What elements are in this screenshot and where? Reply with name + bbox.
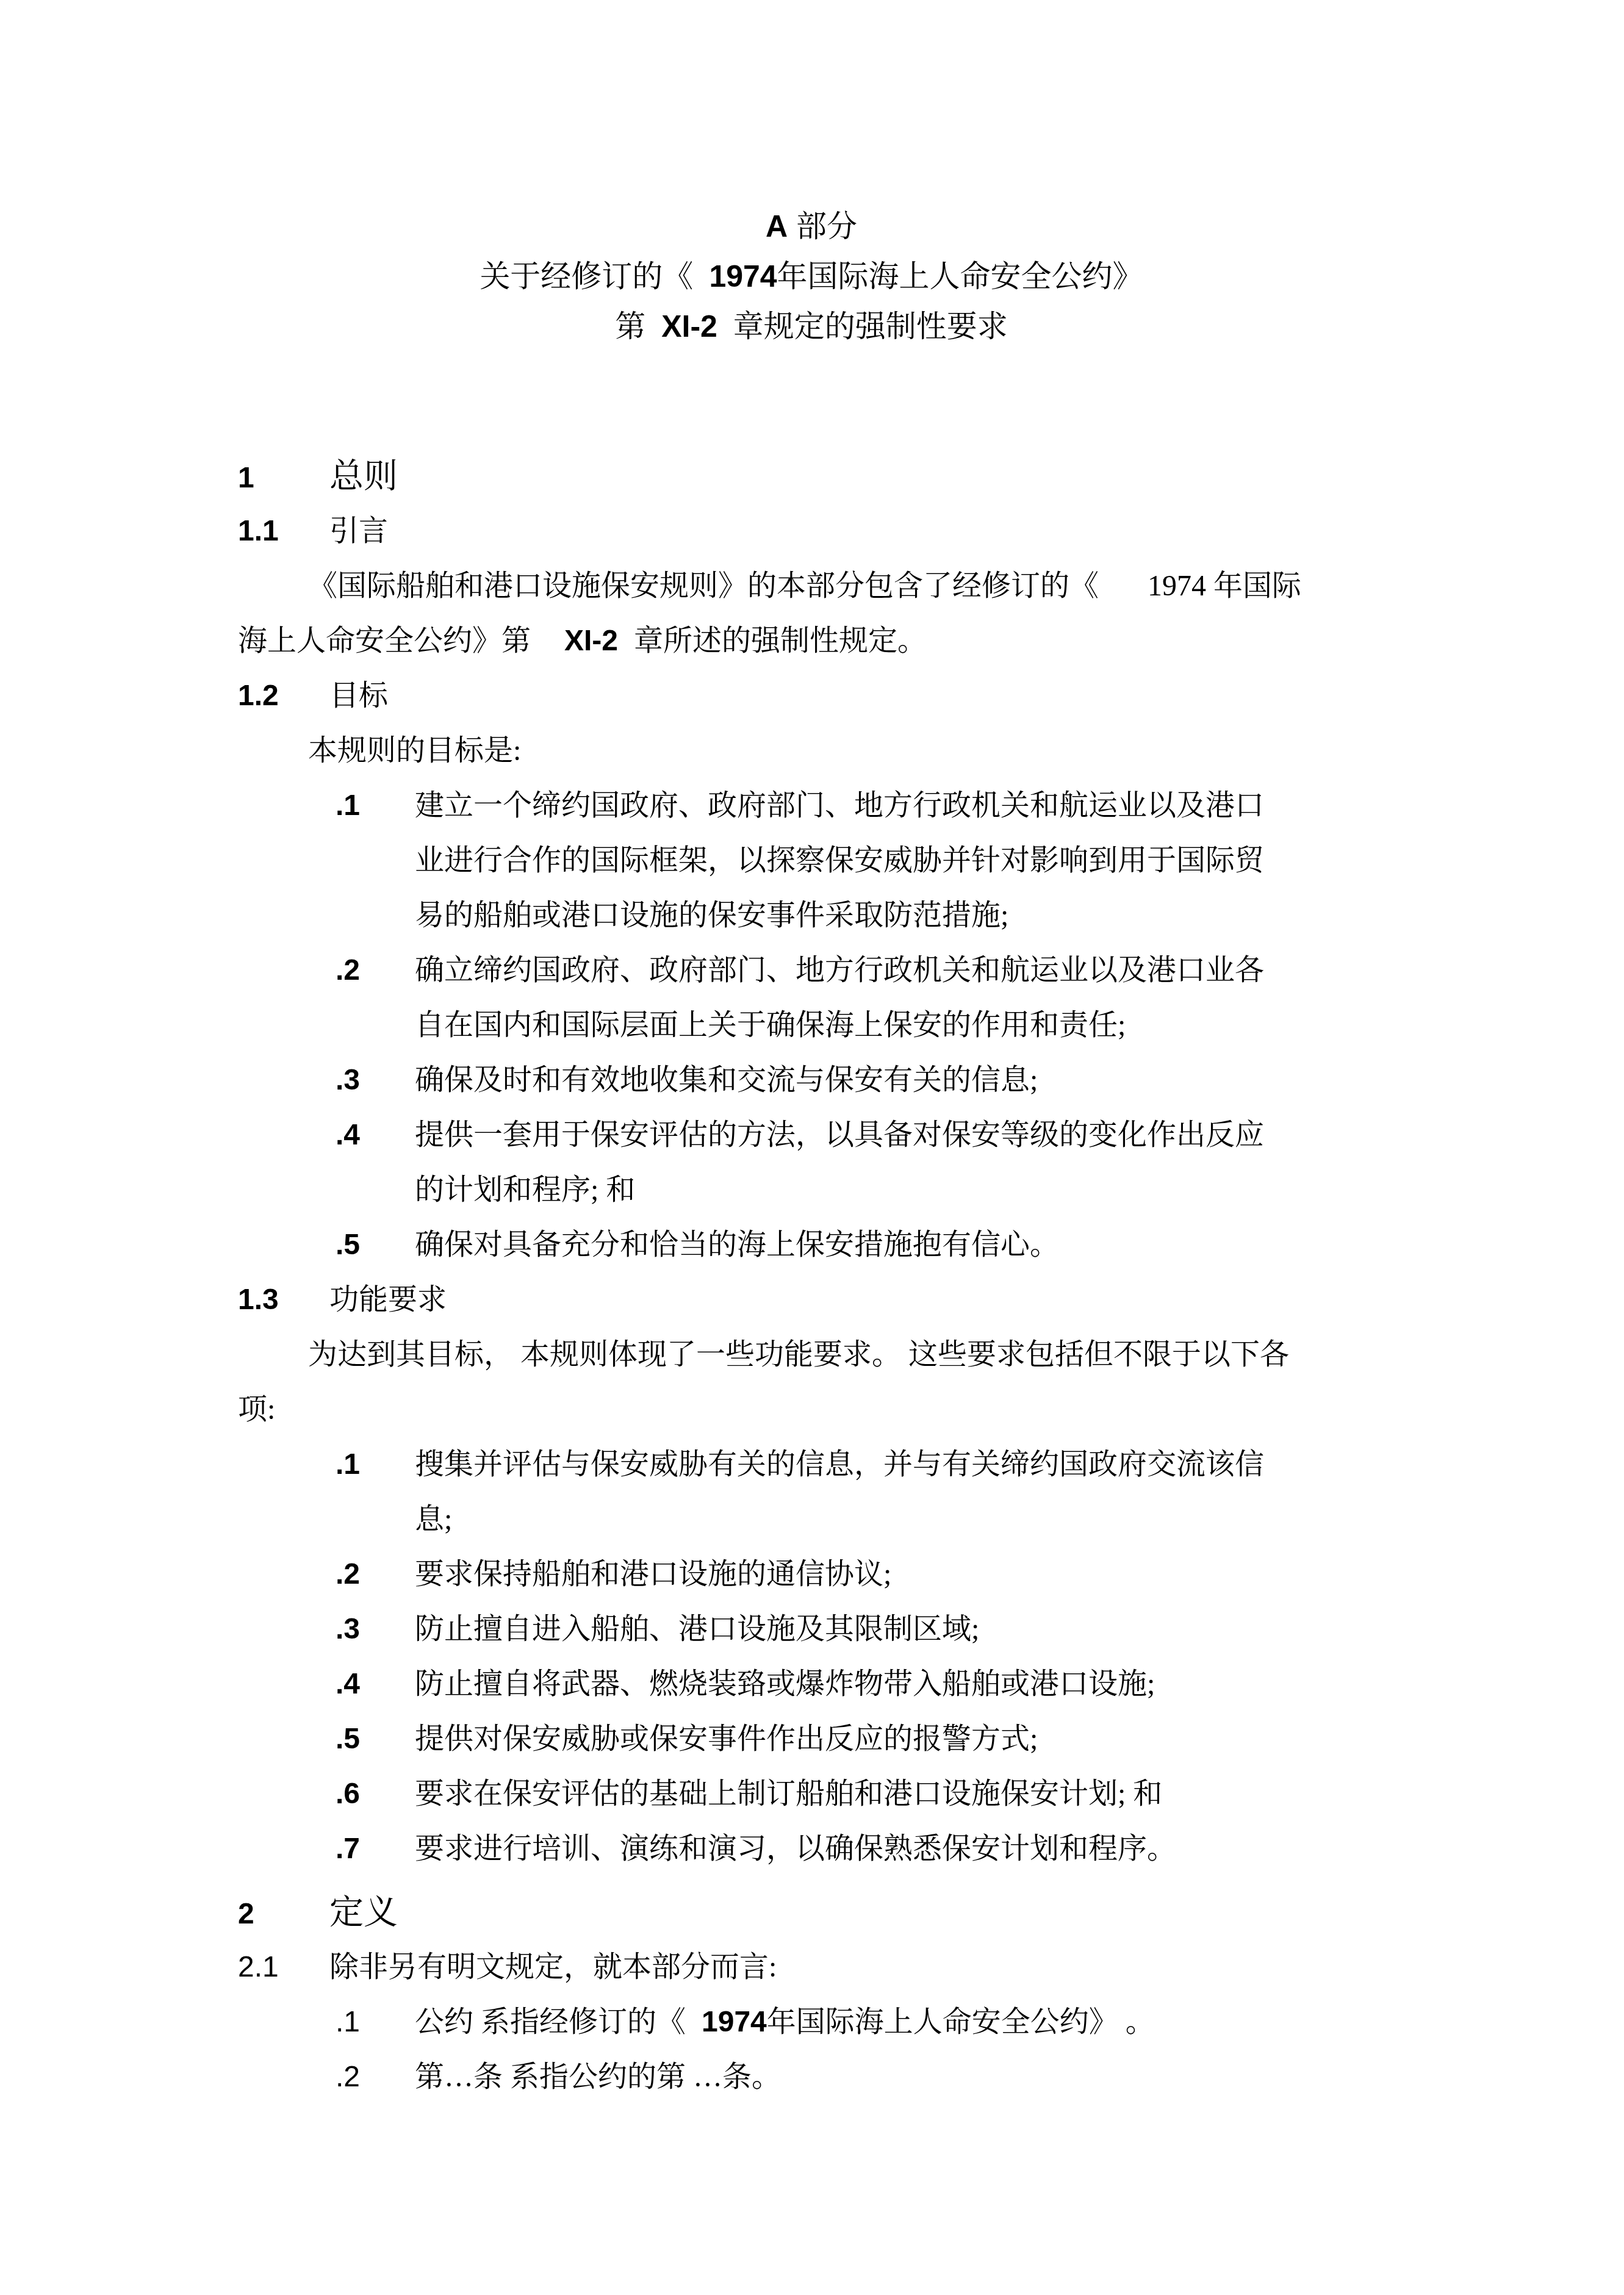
title-line3-code: XI-2 — [661, 309, 717, 343]
requirement-6-number: .6 — [336, 1767, 415, 1822]
heading-1-2: 1.2目标 — [238, 669, 1385, 724]
requirement-3-text: 防止擅自进入船舶、港口设施及其限制区域; — [415, 1613, 979, 1645]
doc-title-line-3: 第XI-2章规定的强制性要求 — [238, 301, 1385, 351]
heading-1-3: 1.3功能要求 — [238, 1273, 1385, 1327]
paragraph-1-1-line-1: 《国际船舶和港口设施保安规则》的本部分包含了经修订的《1974 年国际 — [238, 559, 1385, 614]
objective-3-number: .3 — [336, 1053, 415, 1108]
objective-item-5: .5确保对具备充分和恰当的海上保安措施抱有信心。 — [238, 1218, 1385, 1273]
requirement-item-1-line-1: .1搜集并评估与保安威胁有关的信息，并与有关缔约国政府交流该信 — [238, 1437, 1385, 1492]
objective-4-text: 提供一套用于保安评估的方法，以具备对保安等级的变化作出反应 — [415, 1119, 1264, 1151]
definition-1-pre: 公约 系指经修订的《 — [415, 2006, 686, 2038]
paragraph-1-2-intro: 本规则的目标是: — [238, 724, 1385, 778]
title-part-word: 部分 — [796, 209, 857, 243]
definition-1-number: .1 — [336, 1995, 415, 2050]
definition-item-1: .1公约 系指经修订的《1974年国际海上人命安全公约》 。 — [238, 1995, 1385, 2050]
paragraph-1-3-line-2: 项: — [238, 1382, 1385, 1437]
heading-1-3-number: 1.3 — [238, 1273, 329, 1327]
p1-1-l1-pre: 《国际船舶和港口设施保安规则》的本部分包含了经修订的《 — [308, 570, 1099, 602]
heading-2-number: 2 — [238, 1887, 329, 1942]
title-line2-post: 年国际海上人命安全公约》 — [777, 259, 1143, 293]
title-line3-pre: 第 — [615, 309, 645, 343]
requirement-2-text: 要求保持船舶和港口设施的通信协议; — [415, 1558, 891, 1590]
paragraph-2-1: 2.1除非另有明文规定，就本部分而言: — [238, 1940, 1385, 1995]
objective-item-1-line-2: 业进行合作的国际框架，以探察保安威胁并针对影响到用于国际贸 — [238, 833, 1385, 888]
heading-1-3-title: 功能要求 — [329, 1284, 447, 1316]
objective-1-number: .1 — [336, 778, 415, 833]
requirement-7-text: 要求进行培训、演练和演习，以确保熟悉保安计划和程序。 — [415, 1833, 1176, 1865]
heading-1-1-title: 引言 — [329, 515, 388, 547]
p1-1-l2-code: XI-2 — [564, 625, 618, 657]
heading-1-title: 总则 — [329, 458, 398, 495]
objective-item-4-line-1: .4提供一套用于保安评估的方法，以具备对保安等级的变化作出反应 — [238, 1108, 1385, 1163]
objective-item-1-line-1: .1建立一个缔约国政府、政府部门、地方行政机关和航运业以及港口 — [238, 778, 1385, 833]
document-page: A部分 关于经修订的《1974年国际海上人命安全公约》 第XI-2章规定的强制性… — [0, 0, 1624, 2295]
document-content: A部分 关于经修订的《1974年国际海上人命安全公约》 第XI-2章规定的强制性… — [238, 201, 1385, 2105]
definition-item-2: .2第…条 系指公约的第 …条。 — [238, 2050, 1385, 2105]
heading-2: 2定义 — [238, 1885, 1385, 1940]
requirement-7-number: .7 — [336, 1822, 415, 1877]
paragraph-1-3-line-1: 为达到其目标， 本规则体现了一些功能要求。 这些要求包括但不限于以下各 — [238, 1327, 1385, 1382]
doc-title-line-1: A部分 — [238, 201, 1385, 251]
paragraph-2-1-text: 除非另有明文规定，就本部分而言: — [329, 1951, 777, 1983]
objective-item-2-line-1: .2确立缔约国政府、政府部门、地方行政机关和航运业以及港口业各 — [238, 943, 1385, 998]
definition-2-number: .2 — [336, 2050, 415, 2105]
requirement-3-number: .3 — [336, 1602, 415, 1657]
objective-item-2-line-2: 自在国内和国际层面上关于确保海上保安的作用和责任; — [238, 998, 1385, 1053]
definition-1-year: 1974 — [702, 2006, 767, 2038]
requirement-item-1-line-2: 息; — [238, 1492, 1385, 1547]
requirement-item-6: .6要求在保安评估的基础上制订船舶和港口设施保安计划; 和 — [238, 1767, 1385, 1822]
paragraph-2-1-number: 2.1 — [238, 1940, 329, 1995]
objective-5-text: 确保对具备充分和恰当的海上保安措施抱有信心。 — [415, 1229, 1059, 1261]
objective-item-4-line-2: 的计划和程序; 和 — [238, 1163, 1385, 1218]
objective-item-3: .3确保及时和有效地收集和交流与保安有关的信息; — [238, 1053, 1385, 1108]
definition-1-post: 年国际海上人命安全公约》 。 — [767, 2006, 1155, 2038]
objective-3-text: 确保及时和有效地收集和交流与保安有关的信息; — [415, 1064, 1038, 1096]
objective-5-number: .5 — [336, 1218, 415, 1273]
objective-2-number: .2 — [336, 943, 415, 998]
objective-item-1-line-3: 易的船舶或港口设施的保安事件采取防范措施; — [238, 888, 1385, 943]
title-spacer — [238, 351, 1385, 449]
objective-2-text: 确立缔约国政府、政府部门、地方行政机关和航运业以及港口业各 — [415, 954, 1264, 986]
p1-1-l2-tail: 章所述的强制性规定。 — [634, 625, 927, 657]
title-line2-year: 1974 — [709, 259, 777, 293]
paragraph-1-1-line-2: 海上人命安全公约》第XI-2章所述的强制性规定。 — [238, 614, 1385, 669]
heading-2-title: 定义 — [329, 1894, 398, 1931]
p1-1-l1-tail: 1974 年国际 — [1148, 570, 1301, 602]
requirement-item-3: .3防止擅自进入船舶、港口设施及其限制区域; — [238, 1602, 1385, 1657]
requirement-5-number: .5 — [336, 1712, 415, 1767]
requirement-4-number: .4 — [336, 1657, 415, 1712]
heading-1-1-number: 1.1 — [238, 504, 329, 559]
requirement-item-5: .5提供对保安威胁或保安事件作出反应的报警方式; — [238, 1712, 1385, 1767]
requirement-item-2: .2要求保持船舶和港口设施的通信协议; — [238, 1547, 1385, 1602]
objective-4-number: .4 — [336, 1108, 415, 1163]
doc-title-line-2: 关于经修订的《1974年国际海上人命安全公约》 — [238, 251, 1385, 301]
requirement-6-text: 要求在保安评估的基础上制订船舶和港口设施保安计划; 和 — [415, 1778, 1162, 1810]
heading-1-2-number: 1.2 — [238, 669, 329, 724]
heading-1-2-title: 目标 — [329, 680, 388, 712]
objective-1-text: 建立一个缔约国政府、政府部门、地方行政机关和航运业以及港口 — [415, 789, 1264, 822]
requirement-2-number: .2 — [336, 1547, 415, 1602]
heading-1: 1总则 — [238, 449, 1385, 504]
requirement-item-7: .7要求进行培训、演练和演习，以确保熟悉保安计划和程序。 — [238, 1822, 1385, 1877]
heading-1-number: 1 — [238, 451, 329, 506]
requirement-1-number: .1 — [336, 1437, 415, 1492]
title-line3-post: 章规定的强制性要求 — [733, 309, 1008, 343]
definition-2-text: 第…条 系指公约的第 …条。 — [415, 2061, 781, 2093]
requirement-5-text: 提供对保安威胁或保安事件作出反应的报警方式; — [415, 1723, 1038, 1755]
requirement-4-text: 防止擅自将武器、燃烧装臵或爆炸物带入船舶或港口设施; — [415, 1668, 1155, 1700]
requirement-1-text: 搜集并评估与保安威胁有关的信息，并与有关缔约国政府交流该信 — [415, 1448, 1264, 1481]
heading-1-1: 1.1引言 — [238, 504, 1385, 559]
title-part-letter: A — [766, 209, 788, 243]
title-line2-pre: 关于经修订的《 — [480, 259, 693, 293]
requirement-item-4: .4防止擅自将武器、燃烧装臵或爆炸物带入船舶或港口设施; — [238, 1657, 1385, 1712]
p1-1-l2-pre: 海上人命安全公约》第 — [238, 625, 531, 657]
